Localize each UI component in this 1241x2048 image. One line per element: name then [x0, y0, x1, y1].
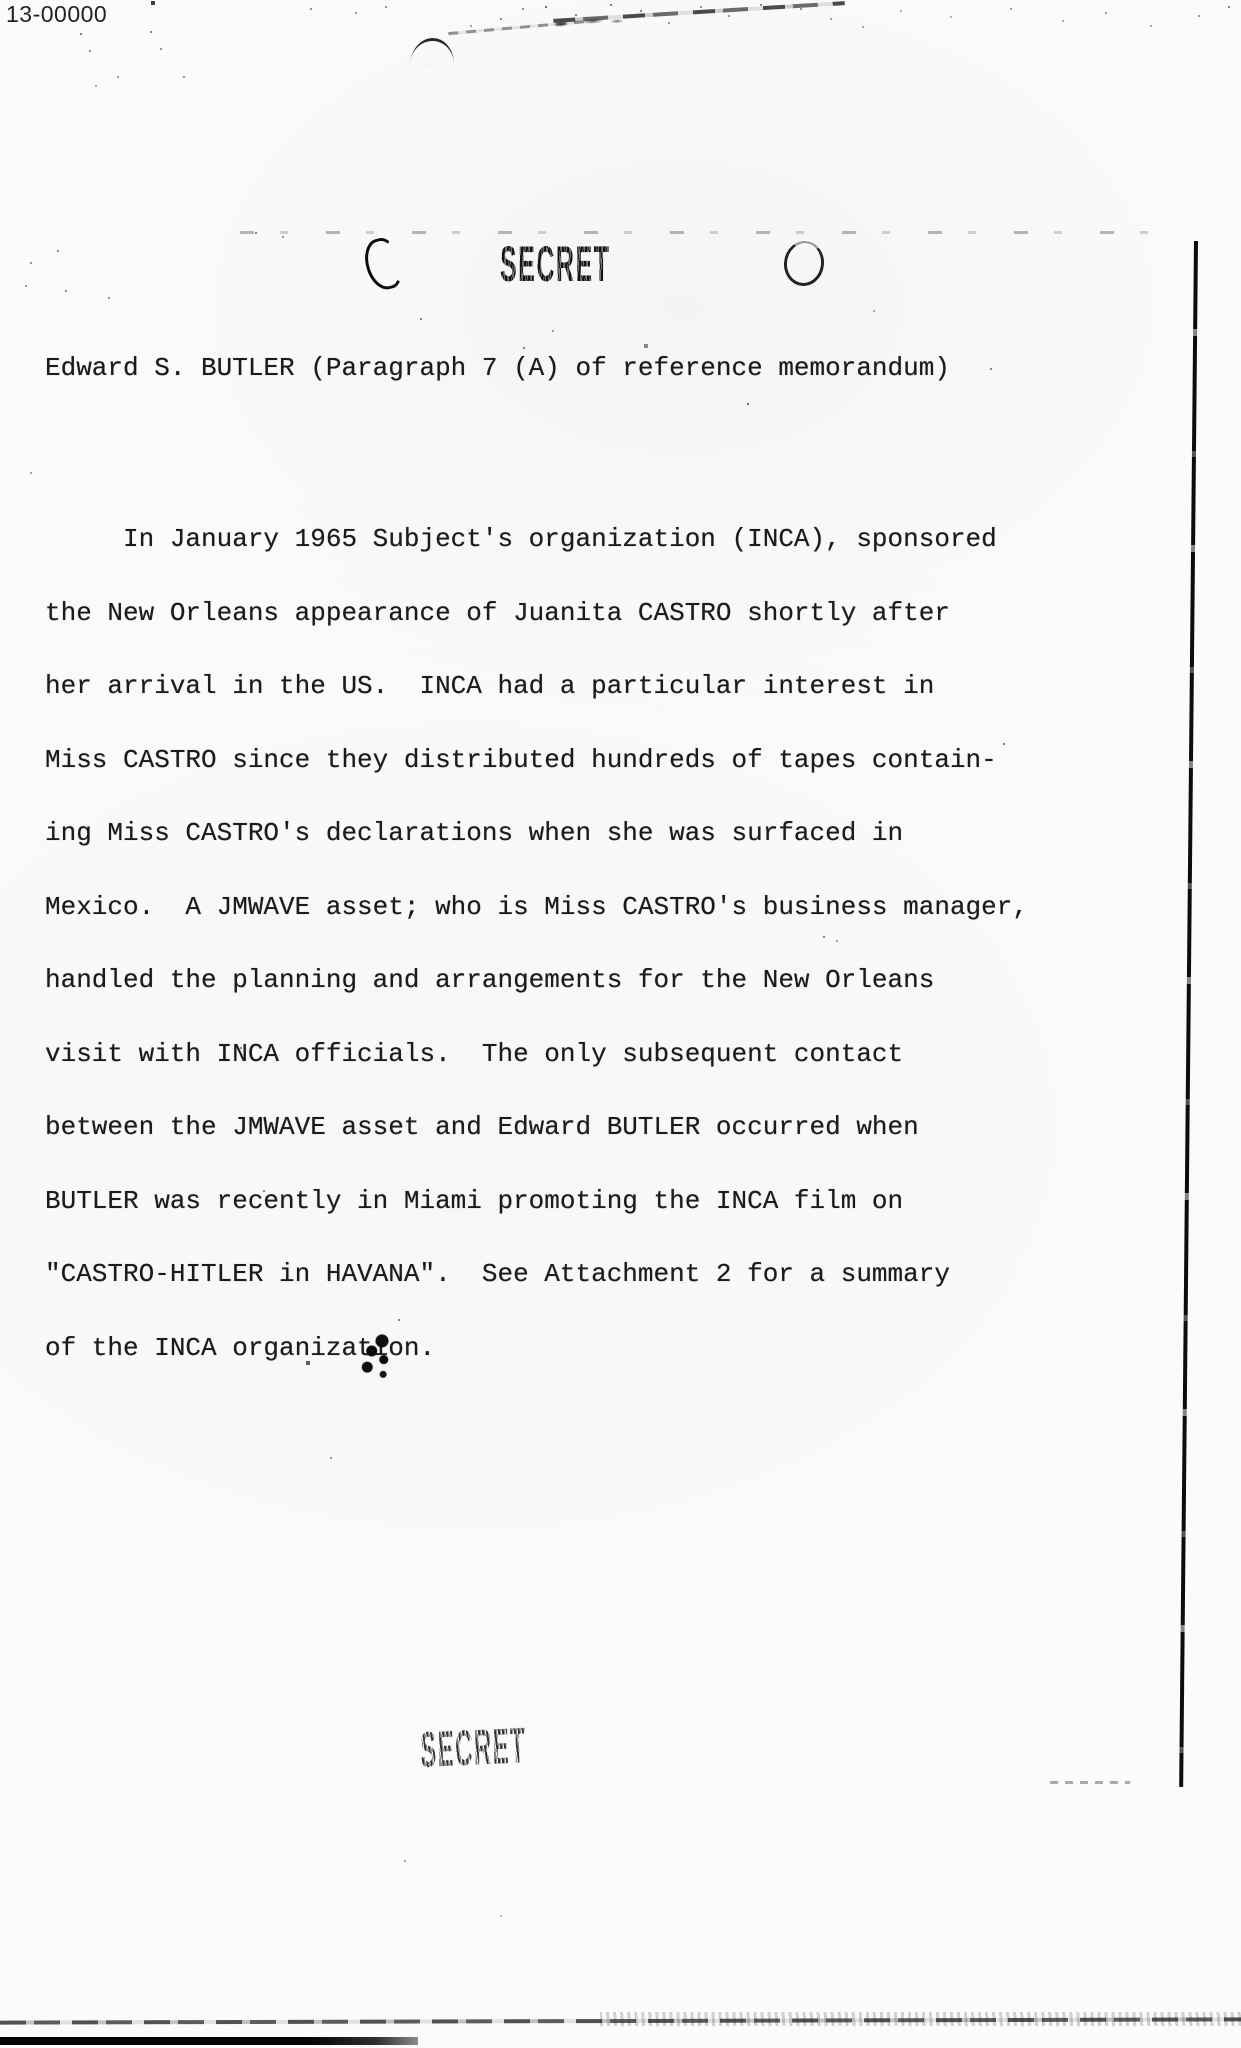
secret-stamp-bottom-text: SECRET	[420, 1724, 526, 1771]
pen-arc-mark	[410, 36, 456, 66]
ink-blob-mark	[350, 1330, 401, 1381]
secret-stamp-bottom: SECRET	[420, 1729, 522, 1771]
body-line: the New Orleans appearance of Juanita CA…	[45, 601, 1028, 626]
pen-circle-mark	[781, 238, 827, 288]
body-line: Miss CASTRO since they distributed hundr…	[45, 748, 1028, 773]
body-line: between the JMWAVE asset and Edward BUTL…	[45, 1115, 1028, 1140]
scan-noise-speckles	[0, 0, 2, 2]
subject-line: Edward S. BUTLER (Paragraph 7 (A) of ref…	[45, 356, 950, 381]
body-line: In January 1965 Subject's organization (…	[45, 527, 1028, 552]
body-line: Mexico. A JMWAVE asset; who is Miss CAST…	[45, 895, 1028, 920]
body-paragraph: In January 1965 Subject's organization (…	[45, 478, 1028, 1385]
photocopy-edge-dashes-bottom	[1050, 1781, 1130, 1784]
body-line: ing Miss CASTRO's declarations when she …	[45, 821, 1028, 846]
body-line: "CASTRO-HITLER in HAVANA". See Attachmen…	[45, 1262, 1028, 1287]
scan-smudge-clump	[545, 15, 625, 30]
photocopy-edge-vertical-line	[1179, 241, 1198, 1787]
body-line: of the INCA organization.	[45, 1336, 1028, 1361]
body-line: her arrival in the US. INCA had a partic…	[45, 674, 1028, 699]
pen-paren-mark	[360, 235, 406, 294]
photocopy-edge-dashes	[240, 231, 1160, 234]
scan-black-bar	[0, 2037, 418, 2045]
secret-stamp-top-text: SECRET	[500, 243, 610, 285]
body-line: visit with INCA officials. The only subs…	[45, 1042, 1028, 1067]
scanned-document-page: { "document": { "page_id": "13-00000", "…	[0, 0, 1241, 2048]
page-id-label: 13-00000	[6, 1, 107, 28]
body-line: BUTLER was recently in Miami promoting t…	[45, 1189, 1028, 1214]
body-line: handled the planning and arrangements fo…	[45, 968, 1028, 993]
secret-stamp-top: SECRET	[500, 243, 608, 285]
